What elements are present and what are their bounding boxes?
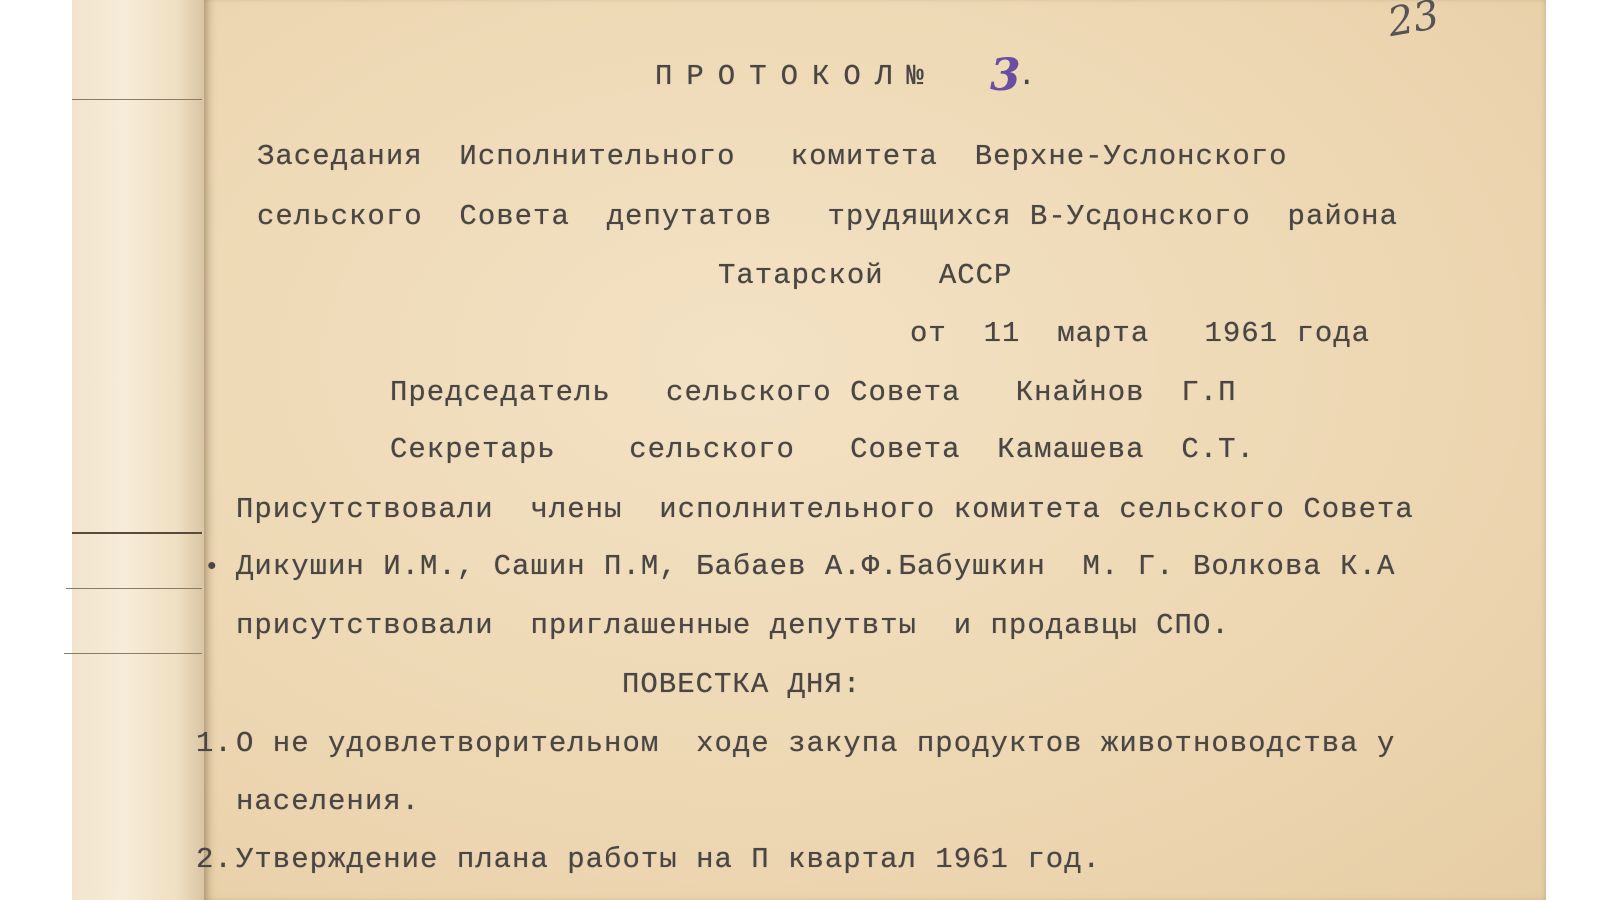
meeting-date: от 11 марта 1961 года	[910, 317, 1370, 350]
agenda-item-1-text: О не удовлетворительном ходе закупа прод…	[236, 727, 1395, 760]
attendance-line-1: Присутствовали члены исполнительного ком…	[236, 493, 1414, 526]
agenda-heading: ПОВЕСТКА ДНЯ:	[622, 668, 861, 701]
binding-fold-line	[66, 588, 202, 589]
header-line-3: Татарской АССР	[718, 259, 1012, 292]
binding-fold-line	[64, 653, 202, 654]
agenda-item-2-text: Утверждение плана работы на П квартал 19…	[236, 843, 1101, 876]
document-binding-spine	[72, 0, 204, 900]
attendance-line-3: присутствовали приглашенные депутвты и п…	[236, 609, 1230, 642]
binding-fold-line	[72, 99, 202, 100]
agenda-item-2-number: 2.	[196, 843, 233, 876]
binding-fold-line	[72, 532, 202, 534]
secretary-line: Секретарь сельского Совета Камашева С.Т.	[390, 433, 1255, 466]
header-line-2: сельского Совета депутатов трудящихся В-…	[257, 200, 1398, 233]
agenda-item-1-number: 1.	[196, 727, 233, 760]
handwritten-protocol-number: 3	[990, 50, 1021, 101]
margin-dot-mark: •	[204, 552, 220, 582]
agenda-item-1-text-cont: населения.	[236, 785, 420, 818]
document-title: ПРОТОКОЛ№	[655, 60, 938, 93]
attendance-line-2: Дикушин И.М., Сашин П.М, Бабаев А.Ф.Бабу…	[236, 550, 1395, 583]
chairman-line: Председатель сельского Совета Кнайнов Г.…	[390, 376, 1237, 409]
header-line-1: Заседания Исполнительного комитета Верхн…	[257, 140, 1288, 173]
title-period: .	[1018, 60, 1036, 93]
